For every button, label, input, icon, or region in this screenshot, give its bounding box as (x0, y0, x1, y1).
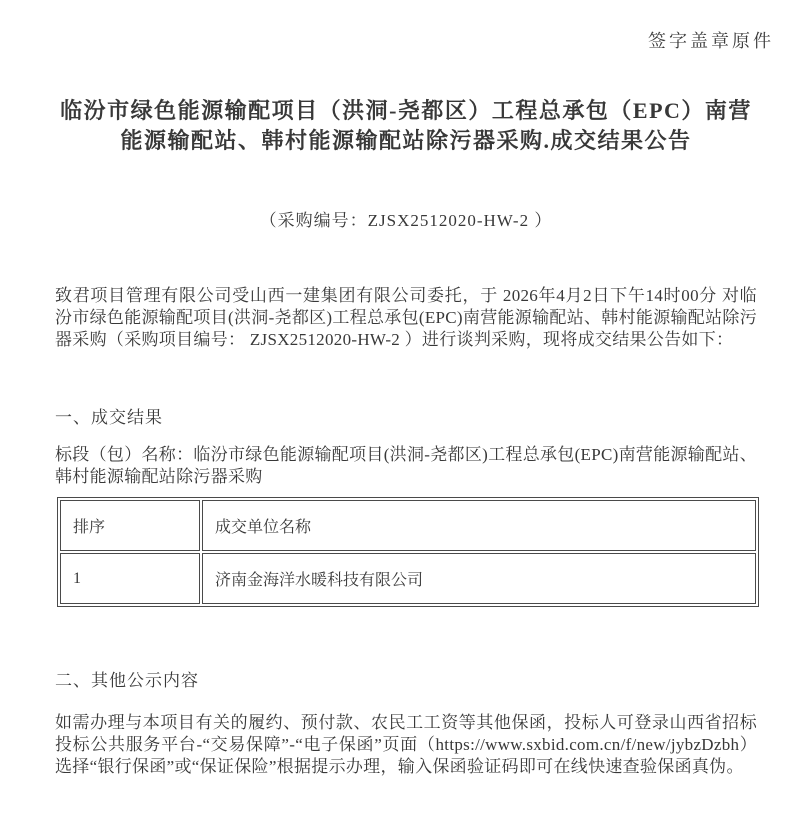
table-row: 1 济南金海洋水暖科技有限公司 (60, 553, 756, 604)
table-cell-supplier: 济南金海洋水暖科技有限公司 (202, 553, 756, 604)
result-table: 排序 成交单位名称 1 济南金海洋水暖科技有限公司 (57, 497, 759, 607)
title-line-2: 能源输配站、韩村能源输配站除污器采购.成交结果公告 (55, 126, 757, 156)
section-2-heading: 二、其他公示内容 (55, 666, 757, 691)
intro-paragraph: 致君项目管理有限公司受山西一建集团有限公司委托，于 2026年4月2日下午14时… (55, 285, 757, 351)
table-header-supplier: 成交单位名称 (202, 500, 756, 551)
signature-stamp-original-note: 签字盖章原件 (648, 27, 774, 53)
table-header-row: 排序 成交单位名称 (60, 500, 756, 551)
document-body: 临汾市绿色能源输配项目（洪洞-尧都区）工程总承包（EPC）南营 能源输配站、韩村… (0, 96, 800, 778)
section-1-heading: 一、成交结果 (55, 403, 757, 428)
procurement-number: （采购编号：ZJSX2512020-HW-2 ） (55, 206, 757, 231)
document-title: 临汾市绿色能源输配项目（洪洞-尧都区）工程总承包（EPC）南营 能源输配站、韩村… (55, 96, 757, 156)
table-header-rank: 排序 (60, 500, 200, 551)
title-line-1: 临汾市绿色能源输配项目（洪洞-尧都区）工程总承包（EPC）南营 (55, 96, 757, 126)
guarantee-paragraph: 如需办理与本项目有关的履约、预付款、农民工工资等其他保函，投标人可登录山西省招标… (55, 712, 757, 778)
table-cell-rank: 1 (60, 553, 200, 604)
package-name-line: 标段（包）名称：临汾市绿色能源输配项目(洪洞-尧都区)工程总承包(EPC)南营能… (55, 444, 757, 488)
